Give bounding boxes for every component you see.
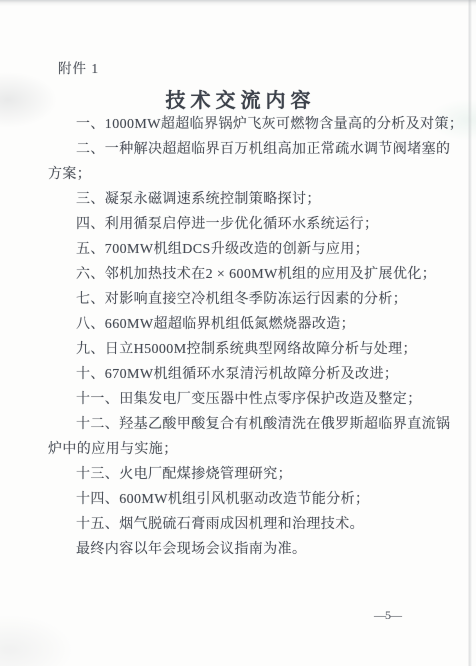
list-line: 五、700MW机组DCS升级改造的创新与应用； bbox=[48, 237, 438, 262]
list-line: 炉中的应用与实施； bbox=[48, 437, 438, 462]
list-line: 四、利用循泵启停进一步优化循环水系统运行； bbox=[48, 212, 438, 237]
list-line: 十、670MW机组循环水泵清污机故障分析及改进； bbox=[48, 362, 438, 387]
list-line: 十四、600MW机组引风机驱动改造节能分析； bbox=[48, 487, 438, 512]
list-line: 最终内容以年会现场会议指南为准。 bbox=[48, 537, 438, 562]
list-line: 六、邻机加热技术在2 × 600MW机组的应用及扩展优化； bbox=[48, 262, 438, 287]
list-line: 方案； bbox=[48, 162, 438, 187]
list-line: 一、1000MW超超临界锅炉飞灰可燃物含量高的分析及对策； bbox=[48, 112, 438, 137]
list-line: 十二、羟基乙酸甲酸复合有机酸清洗在俄罗斯超临界直流锅 bbox=[48, 412, 438, 437]
page-number: —5— bbox=[374, 608, 401, 623]
page-title: 技术交流内容 bbox=[0, 84, 476, 113]
list-line: 九、日立H5000M控制系统典型网络故障分析与处理； bbox=[48, 337, 438, 362]
list-line: 十一、田集发电厂变压器中性点零序保护改造及整定； bbox=[48, 387, 438, 412]
list-line: 七、对影响直接空冷机组冬季防冻运行因素的分析； bbox=[48, 287, 438, 312]
list-line: 二、一种解决超超临界百万机组高加正常疏水调节阀堵塞的 bbox=[48, 137, 438, 162]
list-line: 八、660MW超超临界机组低氮燃烧器改造； bbox=[48, 312, 438, 337]
topic-list: 一、1000MW超超临界锅炉飞灰可燃物含量高的分析及对策；二、一种解决超超临界百… bbox=[48, 112, 438, 562]
list-line: 三、凝泵永磁调速系统控制策略探讨； bbox=[48, 187, 438, 212]
list-line: 十五、烟气脱硫石膏雨成因机理和治理技术。 bbox=[48, 512, 438, 537]
document-page: 附件 1 技术交流内容 一、1000MW超超临界锅炉飞灰可燃物含量高的分析及对策… bbox=[0, 0, 476, 666]
attachment-label: 附件 1 bbox=[58, 60, 99, 78]
list-line: 十三、火电厂配煤掺烧管理研究； bbox=[48, 462, 438, 487]
